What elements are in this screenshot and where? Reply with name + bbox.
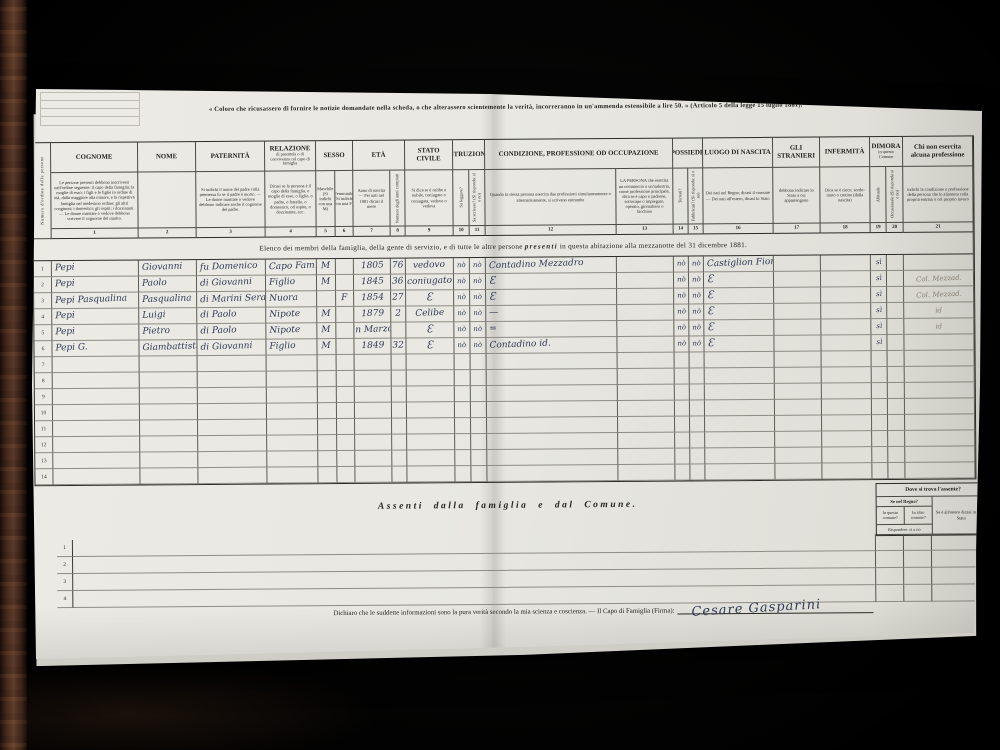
cell-r7-sesso_m [318,355,337,371]
cell-r12-fabbricati [690,432,705,448]
cell-r2-cognome: Pepi [52,276,139,293]
cell-r2-scrivere: nò [470,274,486,290]
cell-r4-stato: Celibe [406,306,454,322]
cell-r14-anni [392,467,407,483]
entry-sesso_m: M [321,276,331,286]
cell-r4-la_persona [617,305,674,321]
cell-r7-stato [407,354,455,370]
cell-r6-stranieri [774,335,821,351]
entry-relazione: Nipote [269,324,300,335]
cell-r6-paternita: di Giovanni [197,340,266,357]
cell-r5-sesso_f [336,323,354,339]
cell-r11-relazione [267,419,318,435]
cell-r7-sesso_f [337,355,355,371]
cell-r4-leggere: nò [454,306,470,322]
cell-r10-scrivere [471,402,487,418]
cell-r1-sesso_f [336,259,354,275]
header-subtitle-relazione: di parentela o di convivenza col capo di… [266,152,314,167]
note-text-anni: Numero degli anni compiuti [395,173,400,223]
cell-r10-sesso_m [318,403,337,419]
note-cell-anno: Anno di nascita — Pei nati nel 1881 dica… [353,171,390,227]
cell-r13-luogo [705,448,775,465]
cell-r4-scrivere: nò [470,306,486,322]
census-sheet: « Coloro che ricusassero di fornire le n… [30,85,985,667]
row-number: 8 [42,378,45,384]
cell-r9-terreni [675,384,690,400]
cell-r3-relazione: Nuora [266,291,317,307]
cell-r3-fabbricati: nò [689,288,704,304]
cell-r5-paternita: di Paolo [197,324,266,341]
entry-sesso_m: M [321,260,331,270]
header-cell-row-number: Numero d'ordine delle persone [33,143,52,239]
cell-r9-luogo [705,384,775,401]
cell-r11-sesso_f [337,419,355,435]
cell-r3-leggere: nò [454,290,470,306]
cell-r8-sesso_f [337,371,355,387]
entry-luogo: Ɛ [707,273,714,285]
census-form: « Coloro che ricusassero di fornire le n… [30,78,989,667]
header-cell-condizione: CONDIZIONE, PROFESSIONE OD OCCUPAZIONE [485,139,673,170]
cell-r3-infermita [821,287,871,303]
cell-r14-nome [140,468,198,484]
cell-r6-luogo: Ɛ [704,336,774,353]
entry-anni: 2 [395,308,401,318]
cell-r12-scrivere [471,434,487,450]
cell-r11-paternita [198,420,267,437]
entry-anno: 1845 [360,276,383,287]
entry-cognome: Pepi Pasqualina [55,293,127,306]
row-number-cell: 14 [35,469,53,485]
cell-r4-anni: 2 [391,307,406,323]
cell-r1-anno: 1805 [354,259,391,275]
cell-r3-nome: Pasqualina [139,292,197,308]
census-paper: « Coloro che ricusassero di fornire le n… [30,85,985,667]
cell-r6-la_persona [617,337,674,353]
cell-r4-infermita [821,303,871,319]
cell-r12-terreni [675,432,690,448]
cell-r2-luogo: Ɛ [704,272,774,289]
cell-r5-stranieri [774,319,821,335]
cell-r3-luogo: Ɛ [704,288,774,305]
header-cell-sesso: SESSO [316,141,353,171]
cell-r14-luogo [705,464,775,481]
cell-r6-nome: Giambattista [139,340,197,356]
cell-r11-la_persona [618,417,675,433]
entry-anni: 76 [392,260,404,270]
cell-r2-sesso_f [336,275,354,291]
note-cell-infermita: Dica se è cieco, sordo-muto o cretino (d… [820,167,870,223]
cell-r5-stato: Ɛ [406,322,454,338]
cell-r10-infermita [822,399,872,415]
cell-r9-nome [140,388,198,404]
cell-r14-la_persona [618,465,675,481]
cell-r7-cognome [53,356,140,373]
entry-luogo: Ɛ [707,289,714,301]
cell-r9-paternita [198,388,267,405]
row-number-cell: 12 [35,437,53,453]
note-cell-stranieri: debbono indicare lo Stato a cui apparten… [773,168,820,224]
cell-r7-infermita [822,351,872,367]
absent-row-number: 2 [57,557,73,574]
entry-sesso_m: M [321,308,331,318]
cell-r1-nome: Giovanni [139,260,197,276]
row-number: 5 [41,330,44,336]
row-number: 12 [41,442,47,448]
cell-r14-sesso_m [318,467,337,483]
cell-r4-condizione: — [486,305,617,322]
cell-r11-nome [140,420,198,436]
col-number-anni: 8 [391,227,406,237]
cell-r4-nome: Luigi [139,308,197,324]
entry-luogo: Castiglion Fior. [707,256,774,268]
row-number: 13 [41,458,47,464]
cell-r2-relazione: Figlio [266,275,317,291]
note-text-leggere: Sa leggere? [458,187,463,207]
col-number-relazione: 4 [266,227,317,237]
entry-fabbricati: nò [692,339,701,347]
entry-sesso_m: M [322,340,332,350]
row-number: 2 [41,282,44,288]
cell-r12-anno [355,435,392,451]
entry-condizione: Ɛ [489,290,496,302]
header-cell-relazione: RELAZIONEdi parentela o di convivenza co… [265,141,316,171]
row-number-cell: 2 [34,277,52,293]
cell-r7-anno [355,355,392,371]
cell-r3-terreni: nò [674,288,689,304]
cell-r9-cognome [53,388,140,405]
cell-r8-stranieri [775,367,822,383]
cell-r11-sesso_m [318,419,337,435]
cell-r6-leggere: nò [454,338,470,354]
cell-r2-infermita [821,271,871,287]
entry-nome: Paolo [142,277,167,288]
cell-r14-leggere [455,466,471,482]
entry-leggere: nò [457,340,466,348]
entry-nome: Luigi [142,309,166,320]
cell-r1-scrivere: nò [470,258,486,274]
col-number-luogo: 16 [704,224,774,235]
cell-r14-relazione [267,467,318,483]
cell-r10-cognome [53,404,140,421]
cell-r13-relazione [267,451,318,467]
cell-r6-stato: Ɛ [406,338,454,354]
col-number-cognome: 1 [52,228,139,239]
cell-r1-stranieri [774,255,821,271]
cell-r13-stranieri [775,447,822,463]
entry-paternita: di Paolo [200,325,237,336]
cell-r9-anno [355,387,392,403]
entry-scrivere: nò [473,340,482,348]
cell-r9-infermita [822,383,872,399]
entry-terreni: nò [676,259,685,267]
row-number-cell: 5 [34,325,52,341]
absent-row-number: 4 [57,591,73,608]
cell-r4-fabbricati: nò [689,304,704,320]
entry-stato: Ɛ [426,291,433,303]
cell-r4-sesso_m: M [317,307,336,323]
cell-r10-anni [392,403,407,419]
entry-nome: Pasqualina [142,293,192,305]
cell-r2-anni: 36 [391,275,406,291]
row-number: 9 [42,394,45,400]
cell-r8-relazione [267,371,318,387]
header-cell-stato: STATO CIVILE [405,140,453,170]
cell-r10-sesso_f [337,403,355,419]
entry-scrivere: nò [473,276,482,284]
cell-r9-sesso_f [337,387,355,403]
note-cell-luogo: Dei nati nel Regno, dicasi il comune — D… [703,168,773,225]
col-number-nome: 2 [139,228,197,238]
cell-r13-sesso_m [318,451,337,467]
absent-table-rows: 1234 [57,533,990,608]
cell-r2-leggere: nò [454,274,470,290]
entry-nome: Pietro [142,325,170,336]
cell-r12-infermita [822,431,872,447]
cell-r7-nome [140,356,198,372]
legal-warning-text: « Coloro che ricusassero di fornire le n… [148,101,864,113]
entry-stato: Celibe [415,307,444,318]
entry-paternita: di Giovanni [200,340,252,352]
entry-anni: 32 [393,340,405,350]
cell-r3-anni: 27 [391,291,406,307]
entry-terreni: nò [677,323,686,331]
cell-r8-paternita [198,372,267,389]
cell-r4-luogo: Ɛ [704,304,774,321]
cell-r1-relazione: Capo Fam. [266,259,317,275]
cell-r7-relazione [267,355,318,371]
cell-r14-stranieri [775,463,822,479]
entry-fabbricati: nò [692,291,701,299]
cell-r8-leggere [455,370,471,386]
cell-r6-sesso_m: M [317,339,336,355]
paper-shading-right [865,78,989,661]
entry-cognome: Pepi [55,262,75,273]
cell-r11-luogo [705,416,775,433]
cell-r3-scrivere: nò [470,290,486,306]
cell-r3-paternita: di Marini Serafino [197,292,266,309]
cell-r5-sesso_m: M [317,323,336,339]
entry-relazione: Capo Fam. [269,260,317,272]
entry-cognome: Pepi G. [55,342,88,353]
cell-r12-stato [407,434,455,450]
absent-section-heading: Assenti dalla famiglia e dal Comune. [283,499,733,512]
cell-r7-stranieri [775,351,822,367]
cell-r4-cognome: Pepi [52,308,139,325]
cell-r9-anni [392,387,407,403]
cell-r11-anni [392,419,407,435]
cell-r8-cognome [53,372,140,389]
row-number-cell: 3 [34,293,52,309]
entry-terreni: nò [677,291,686,299]
cell-r8-anno [355,371,392,387]
cell-r12-cognome [53,436,140,453]
absent-row-number: 1 [57,540,73,557]
cell-r14-condizione [487,465,618,482]
entry-scrivere: nò [473,308,482,316]
cell-r13-anni [392,451,407,467]
col-number-fabbricati: 15 [689,224,704,234]
cell-r6-cognome: Pepi G. [52,340,139,357]
cell-r6-anno: 1849 [354,339,391,355]
entry-cognome: Pepi [55,310,75,321]
cell-r13-stato [407,450,455,466]
col-number-leggere: 10 [454,226,470,236]
header-cell-possiede: POSSIEDE [673,138,703,168]
cell-r9-scrivere [471,386,487,402]
row-number: 4 [41,314,44,320]
entry-anni: 27 [392,292,404,302]
cell-r13-condizione [487,449,618,466]
entry-paternita: di Marini Serafino [200,292,266,305]
note-cell-cognome: Le persone presenti debbono inscriversi … [51,173,138,230]
cell-r10-relazione [267,403,318,419]
entry-condizione: — [489,307,498,317]
entry-terreni: nò [677,339,686,347]
cell-r14-terreni [675,464,690,480]
cell-r5-cognome: Pepi [52,324,139,341]
entry-luogo: Ɛ [707,337,714,349]
caption-presenti: presenti [525,242,558,250]
caption-post: in questa abitazione alla mezzanotte del… [560,241,747,250]
col-number-terreni: 14 [674,224,689,234]
entry-condizione: Contadino Mezzadro [489,257,584,270]
cell-r1-paternita: fu Domenico [197,260,266,277]
cell-r10-luogo [705,400,775,417]
note-cell-nome [138,172,196,228]
row-number-cell: 13 [35,453,53,469]
cell-r7-luogo [705,352,775,369]
cell-r13-paternita [198,452,267,469]
cell-r2-stranieri [774,271,821,287]
cell-r11-infermita [822,415,872,431]
cell-r2-anno: 1845 [354,275,391,291]
cell-r3-sesso_f: F [336,291,354,307]
entry-anno: 1849 [361,340,384,351]
cell-r1-infermita [821,255,871,271]
note-text-scrivere: Sa scrivere? (Si risponda: sì o no) [472,172,482,223]
cell-r3-la_persona [617,289,674,305]
cell-r10-anno [355,403,392,419]
entry-relazione: Figlio [269,340,295,351]
header-cell-istruzione: ISTRUZIONE [453,140,485,170]
floor-shadow [20,660,380,750]
cell-r8-sesso_m [318,371,337,387]
cell-r7-la_persona [618,353,675,369]
cell-r10-terreni [675,400,690,416]
cell-r11-leggere [455,418,471,434]
cell-r9-la_persona [618,385,675,401]
col-number-sesso_f: 6 [336,227,354,237]
entry-condizione: = [489,323,497,333]
cell-r5-scrivere: nò [470,322,486,338]
cell-r1-cognome: Pepi [52,260,139,277]
cell-r1-sesso_m: M [317,259,336,275]
cell-r1-la_persona [617,257,674,273]
cell-r8-fabbricati [690,368,705,384]
entry-leggere: nò [457,260,466,268]
cell-r7-terreni [675,352,690,368]
note-cell-la_persona: LA PERSONA che esercita un commercio o u… [616,169,673,225]
col-number-stato: 9 [406,226,454,236]
cell-r11-condizione [487,417,618,434]
row-number: 10 [41,410,47,416]
row-number: 6 [42,346,45,352]
absent-row-number: 3 [57,574,73,591]
cell-r11-terreni [675,416,690,432]
cell-r2-stato: coniugato [406,274,454,290]
entry-leggere: nò [457,308,466,316]
cell-r4-relazione: Nipote [266,307,317,323]
cell-r2-nome: Paolo [139,276,197,292]
entry-leggere: nò [457,292,466,300]
cell-r3-stranieri [774,287,821,303]
cell-r1-stato: vedovo [406,258,454,274]
cell-r10-la_persona [618,401,675,417]
cell-r7-fabbricati [690,352,705,368]
col-number-paternita: 3 [197,228,266,239]
cell-r12-leggere [455,434,471,450]
entry-condizione: Contadino id. [489,338,551,350]
cell-r1-leggere: nò [454,258,470,274]
cell-r8-condizione [487,369,618,386]
entry-luogo: Ɛ [707,305,714,317]
note-cell-relazione: Dicasi se la persona è il capo della fam… [265,171,316,227]
cell-r9-condizione [487,385,618,402]
cell-r1-condizione: Contadino Mezzadro [486,257,617,274]
entry-sesso_f: F [341,292,348,302]
cell-r12-stranieri [775,431,822,447]
cell-r12-nome [140,436,198,452]
cell-r5-anni [391,323,406,339]
cell-r12-sesso_m [318,435,337,451]
cell-r5-anno: in Marzo [354,323,391,339]
row-number: 7 [42,362,45,368]
cell-r3-cognome: Pepi Pasqualina [52,292,139,309]
cell-r9-stranieri [775,383,822,399]
cell-r4-paternita: di Paolo [197,308,266,325]
cell-r6-condizione: Contadino id. [486,337,617,354]
cell-r13-scrivere [471,450,487,466]
row-number-cell: 4 [34,309,52,325]
entry-stato: Ɛ [426,323,433,335]
col-number-anno: 7 [354,227,391,237]
cell-r7-anni [392,355,407,371]
cell-r1-luogo: Castiglion Fior. [704,256,774,273]
note-cell-terreni: Terreni? [673,168,688,224]
cell-r11-stato [407,418,455,434]
row-number-cell: 8 [35,373,53,389]
cell-r3-anno: 1854 [354,291,391,307]
row-number: 14 [41,474,47,480]
entry-terreni: nò [677,307,686,315]
cell-r10-condizione [487,401,618,418]
header-cell-infermita: INFERMITÀ [820,137,870,167]
entry-fabbricati: nò [691,259,700,267]
cell-r9-leggere [455,386,471,402]
entry-anni: 36 [392,276,404,286]
cell-r12-la_persona [618,433,675,449]
cell-r7-scrivere [471,354,487,370]
cell-r8-infermita [822,367,872,383]
cell-r13-infermita [822,447,872,463]
header-cell-cognome: COGNOME [51,143,138,174]
cell-r9-sesso_m [318,387,337,403]
cell-r12-luogo [705,432,775,449]
cell-r6-anni: 32 [391,339,406,355]
entry-leggere: nò [457,276,466,284]
cell-r11-stranieri [775,415,822,431]
cell-r3-sesso_m [317,291,336,307]
